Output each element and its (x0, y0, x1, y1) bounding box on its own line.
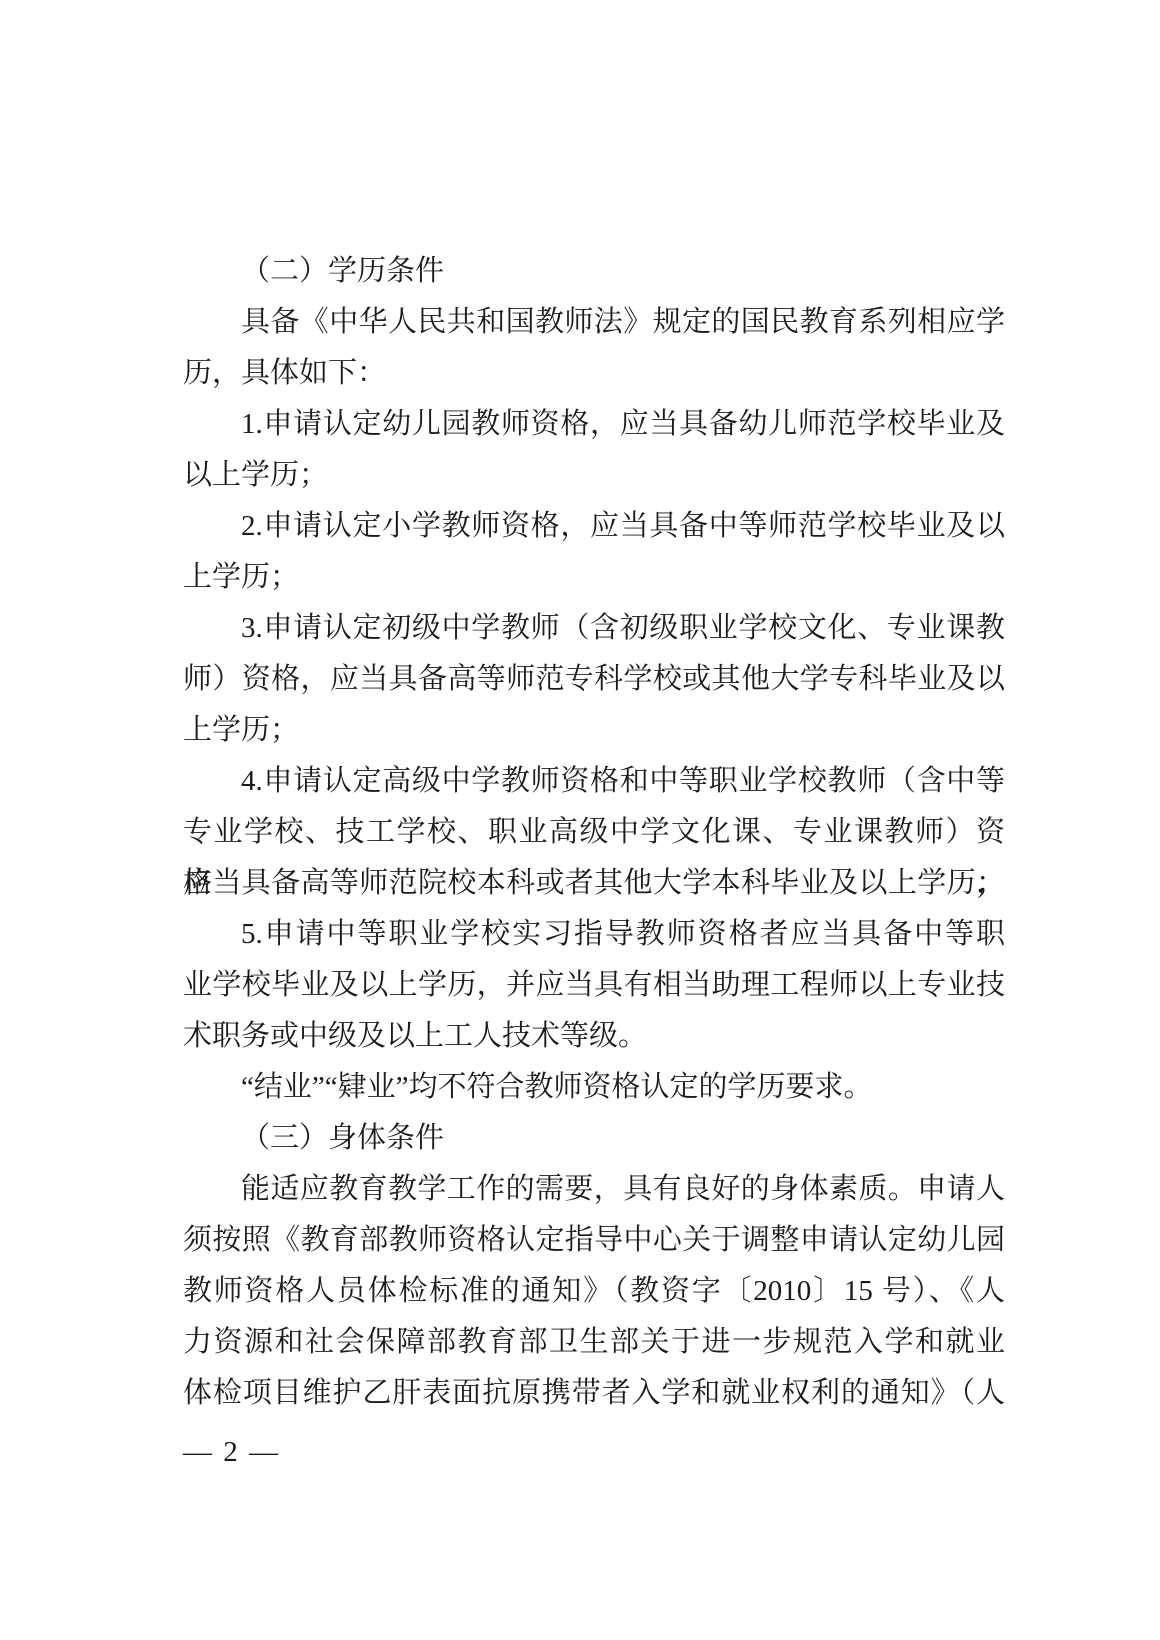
text-line: 4.申请认定高级中学教师资格和中等职业学校教师（含中等 (183, 756, 1005, 807)
section-heading-physical: （三）身体条件 (183, 1113, 1005, 1164)
text-line: 上学历； (183, 705, 1005, 756)
text-line: 师）资格，应当具备高等师范专科学校或其他大学专科毕业及以 (183, 654, 1005, 705)
text-line: 5.申请中等职业学校实习指导教师资格者应当具备中等职 (183, 909, 1005, 960)
text-line: 应当具备高等师范院校本科或者其他大学本科毕业及以上学历； (183, 858, 1005, 909)
text-line: 体检项目维护乙肝表面抗原携带者入学和就业权利的通知》（人 (183, 1368, 1005, 1419)
text-line: 上学历； (183, 552, 1005, 603)
text-line: 1.申请认定幼儿园教师资格，应当具备幼儿师范学校毕业及 (183, 399, 1005, 450)
text-line: “结业”“肄业”均不符合教师资格认定的学历要求。 (183, 1062, 1005, 1113)
text-line: 教师资格人员体检标准的通知》（教资字〔2010〕15 号）、《人 (183, 1266, 1005, 1317)
text-line: 业学校毕业及以上学历，并应当具有相当助理工程师以上专业技 (183, 960, 1005, 1011)
section-heading-education: （二）学历条件 (183, 246, 1005, 297)
text-line: 2.申请认定小学教师资格，应当具备中等师范学校毕业及以 (183, 501, 1005, 552)
text-line: 须按照《教育部教师资格认定指导中心关于调整申请认定幼儿园 (183, 1215, 1005, 1266)
text-line: 3.申请认定初级中学教师（含初级职业学校文化、专业课教 (183, 603, 1005, 654)
text-line: 专业学校、技工学校、职业高级中学文化课、专业课教师）资格， (183, 807, 1005, 858)
text-line: 能适应教育教学工作的需要，具有良好的身体素质。申请人 (183, 1164, 1005, 1215)
document-page: （二）学历条件 具备《中华人民共和国教师法》规定的国民教育系列相应学 历，具体如… (0, 0, 1160, 1640)
document-body: （二）学历条件 具备《中华人民共和国教师法》规定的国民教育系列相应学 历，具体如… (183, 246, 1005, 1419)
text-line: 以上学历； (183, 450, 1005, 501)
page-number: — 2 — (183, 1427, 280, 1478)
text-line: 力资源和社会保障部教育部卫生部关于进一步规范入学和就业 (183, 1317, 1005, 1368)
text-line: 术职务或中级及以上工人技术等级。 (183, 1011, 1005, 1062)
text-line: 具备《中华人民共和国教师法》规定的国民教育系列相应学 (183, 297, 1005, 348)
text-line: 历，具体如下： (183, 348, 1005, 399)
